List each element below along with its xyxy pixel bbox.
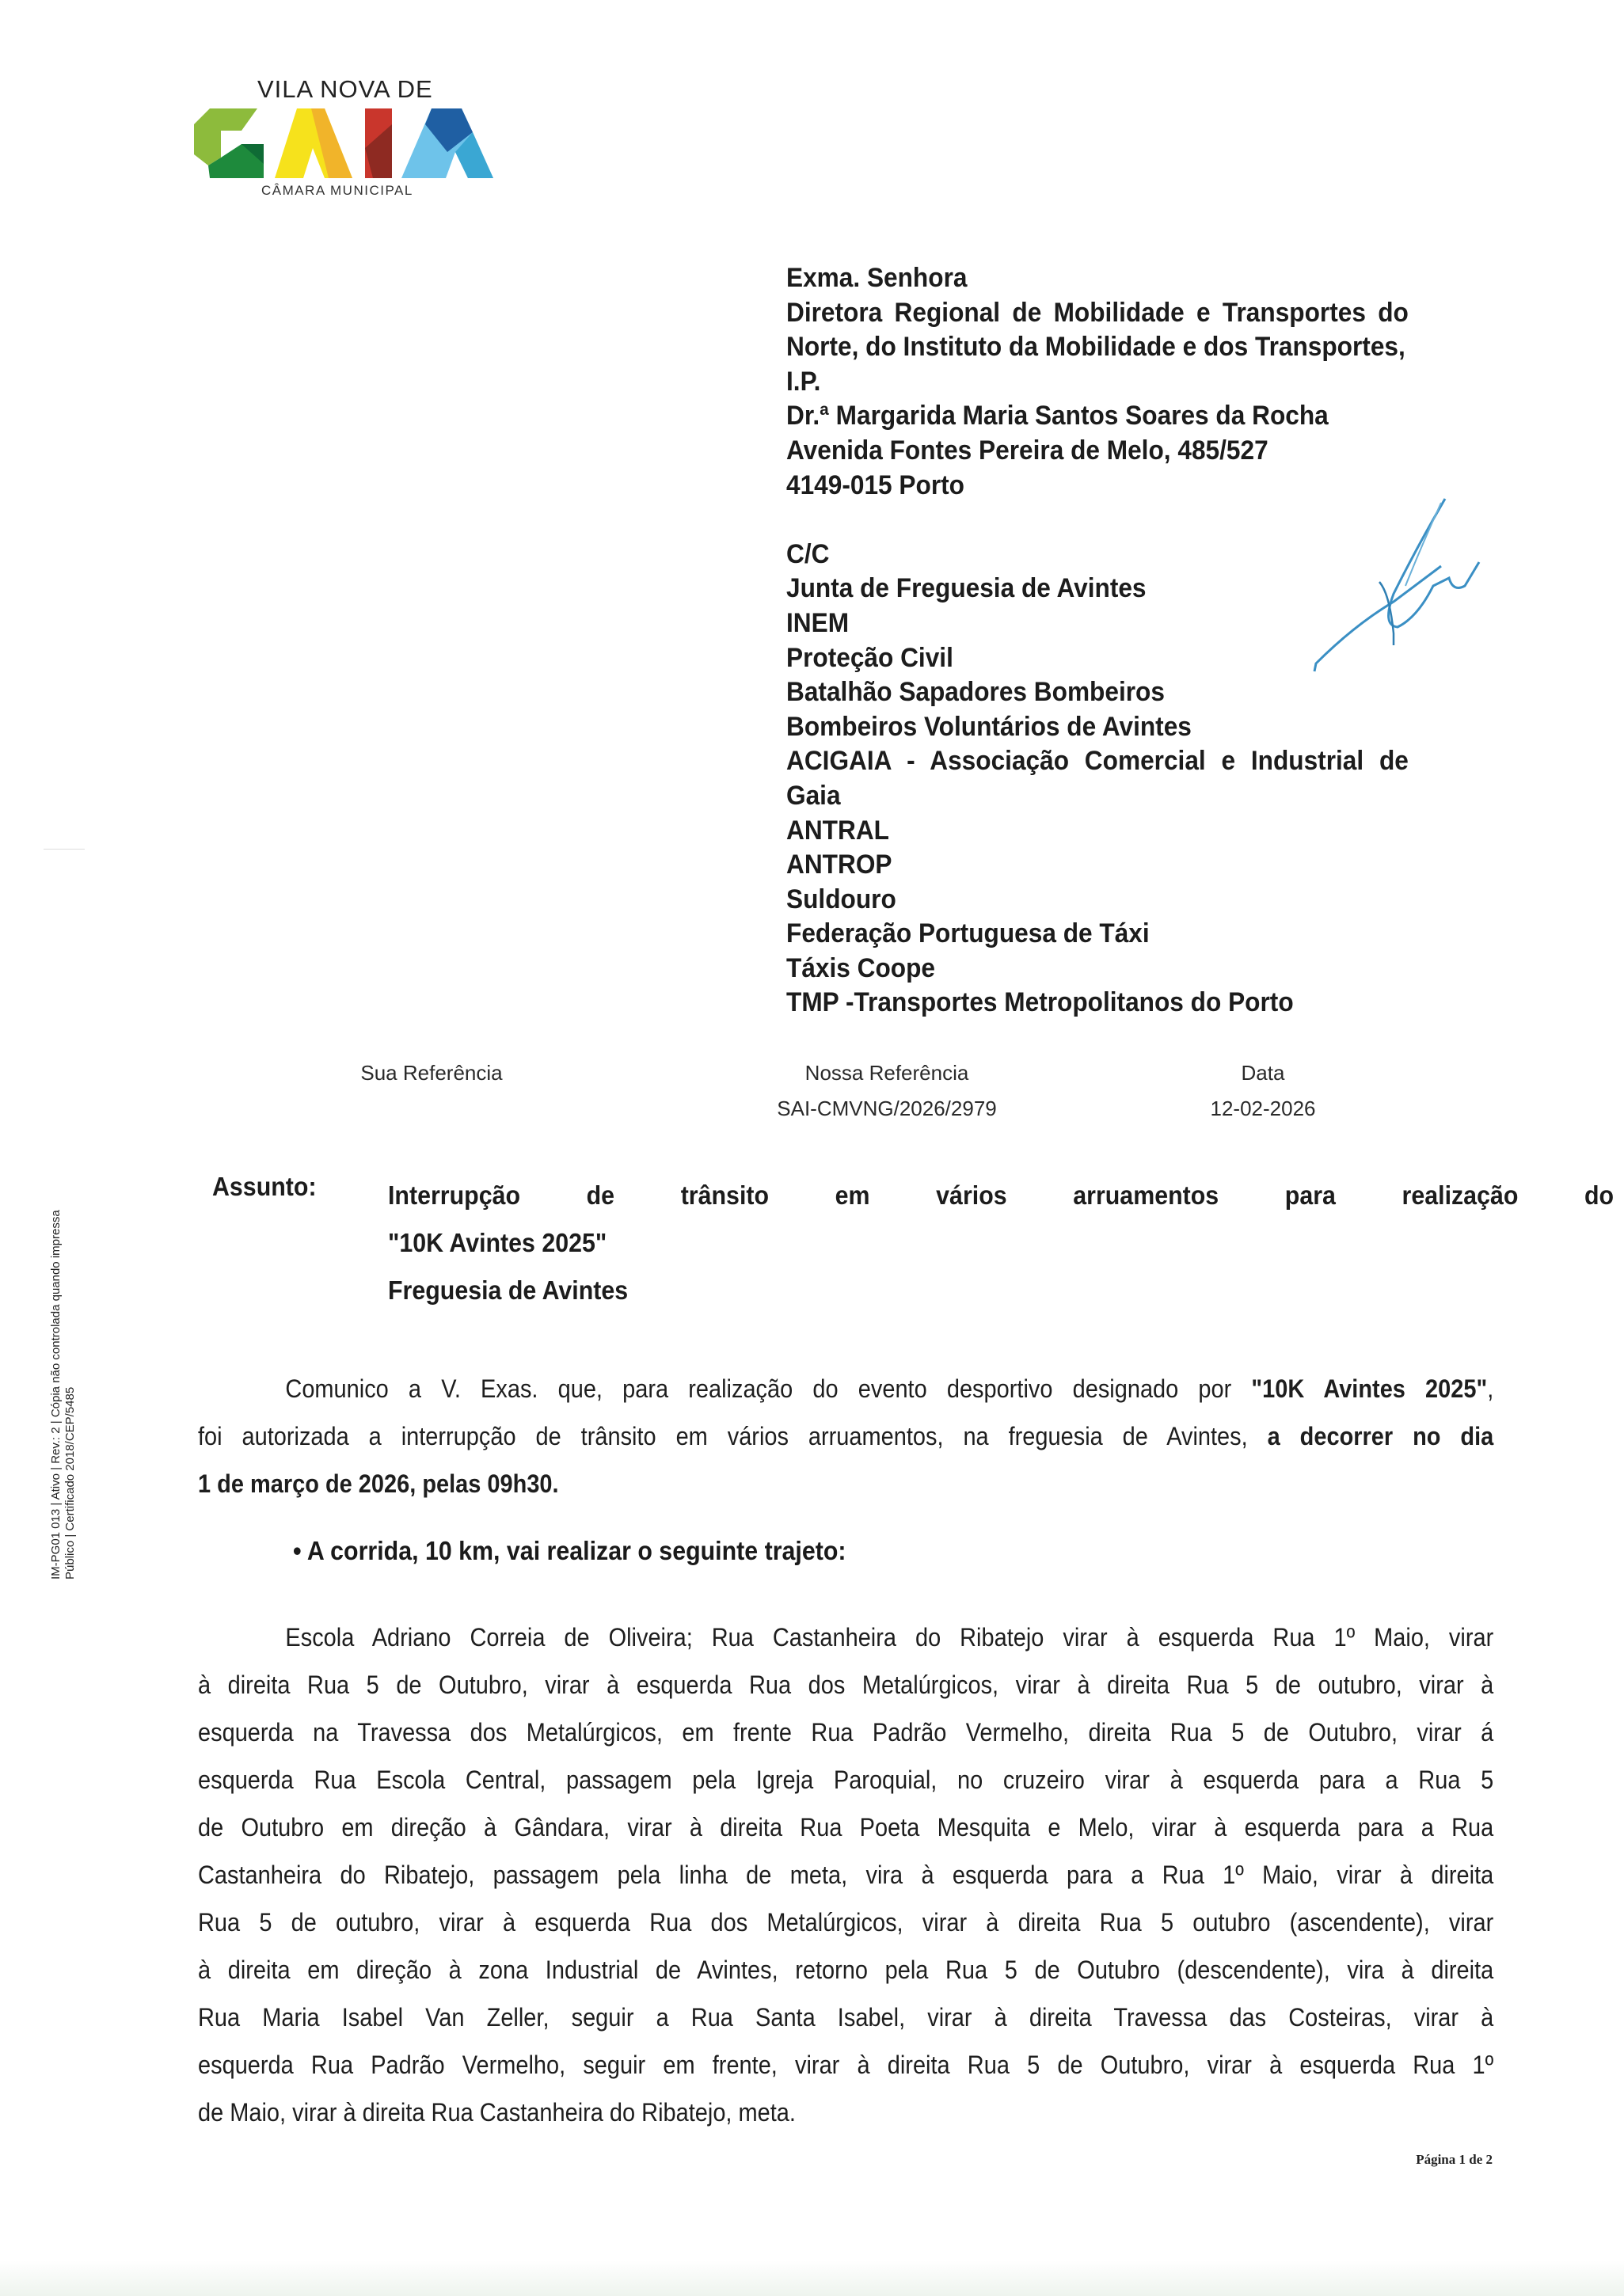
control-note-line1: IM-PG01 013 | Ativo | Rev.: 2 | Cópia nã…	[49, 1210, 63, 1579]
nossa-referencia-label: Nossa Referência	[713, 1061, 1061, 1097]
route-line: à direita Rua 5 de Outubro, virar à esqu…	[198, 1661, 1493, 1709]
signature-icon	[1283, 475, 1497, 673]
recipient-title-line1: Diretora Regional de Mobilidade e Transp…	[786, 296, 1409, 331]
recipient-title-line2: Norte, do Instituto da Mobilidade e dos …	[786, 330, 1413, 365]
cc-item: Táxis Coope	[786, 952, 1413, 986]
route-line: Castanheira do Ribatejo, passagem pela l…	[198, 1851, 1493, 1899]
data-value: 12-02-2026	[1172, 1097, 1354, 1121]
cc-item: ANTRAL	[786, 814, 1413, 849]
scan-mark	[44, 849, 85, 850]
logo-bottom-text: CÂMARA MUNICIPAL	[261, 183, 413, 199]
route-line: esquerda Rua Padrão Vermelho, seguir em …	[198, 2041, 1493, 2089]
sua-referencia: Sua Referência	[348, 1061, 515, 1097]
logo-top-text: VILA NOVA DE	[257, 75, 433, 104]
cc-item: Federação Portuguesa de Táxi	[786, 917, 1413, 952]
route-line: Rua 5 de outubro, virar à esquerda Rua d…	[198, 1899, 1493, 1946]
salutation: Exma. Senhora	[786, 261, 1413, 296]
route-line: de Maio, virar à direita Rua Castanheira…	[198, 2089, 1371, 2136]
nossa-referencia-value: SAI-CMVNG/2026/2979	[713, 1097, 1061, 1121]
event-date: 1 de março de 2026, pelas 09h30.	[198, 1469, 559, 1498]
route-line: esquerda na Travessa dos Metalúrgicos, e…	[198, 1709, 1493, 1756]
cc-item: ANTROP	[786, 848, 1413, 883]
data: Data 12-02-2026	[1172, 1061, 1354, 1121]
intro-paragraph: Comunico a V. Exas. que, para realização…	[198, 1365, 1493, 1507]
sua-referencia-label: Sua Referência	[348, 1061, 515, 1097]
cc-item: ACIGAIA - Associação Comercial e Industr…	[786, 744, 1409, 779]
nossa-referencia: Nossa Referência SAI-CMVNG/2026/2979	[713, 1061, 1061, 1121]
subject-line2: "10K Avintes 2025"	[388, 1219, 1583, 1267]
recipient-name: Dr.ª Margarida Maria Santos Soares da Ro…	[786, 399, 1413, 434]
recipient-title-line3: I.P.	[786, 365, 1413, 400]
cc-item: Bombeiros Voluntários de Avintes	[786, 710, 1413, 745]
route-bullet: • A corrida, 10 km, vai realizar o segui…	[293, 1536, 846, 1566]
route-line: esquerda Rua Escola Central, passagem pe…	[198, 1756, 1493, 1804]
document-control-note: IM-PG01 013 | Ativo | Rev.: 2 | Cópia nã…	[49, 1210, 78, 1579]
cc-item: TMP -Transportes Metropolitanos do Porto	[786, 986, 1413, 1021]
route-paragraph: Escola Adriano Correia de Oliveira; Rua …	[198, 1614, 1493, 2136]
route-line: à direita em direção à zona Industrial d…	[198, 1946, 1493, 1994]
cc-item: Batalhão Sapadores Bombeiros	[786, 675, 1413, 710]
control-note-line2: Público | Certificado 2018/CEP/5485	[63, 1210, 78, 1579]
route-line: Rua Maria Isabel Van Zeller, seguir a Ru…	[198, 1994, 1493, 2041]
subject-label: Assunto:	[212, 1172, 317, 1202]
subject-line1: Interrupção de trânsito em vários arruam…	[388, 1172, 1624, 1219]
event-name: "10K Avintes 2025"	[1251, 1374, 1487, 1403]
recipient-address: Avenida Fontes Pereira de Melo, 485/527	[786, 434, 1413, 469]
subject-line3: Freguesia de Avintes	[388, 1267, 1583, 1314]
route-line: de Outubro em direção à Gândara, virar à…	[198, 1804, 1493, 1851]
intro-text: Comunico a V. Exas. que, para realização…	[285, 1374, 1251, 1403]
intro-comma: ,	[1487, 1374, 1493, 1403]
intro-text: foi autorizada a interrupção de trânsito…	[198, 1422, 1268, 1450]
route-line: Escola Adriano Correia de Oliveira; Rua …	[198, 1614, 1493, 1661]
cc-item: Suldouro	[786, 883, 1413, 918]
page-number: Página 1 de 2	[1416, 2152, 1493, 2168]
event-date-lead: a decorrer no dia	[1268, 1422, 1494, 1450]
gaia-wordmark-icon	[194, 108, 495, 180]
municipality-logo: VILA NOVA DE CÂMARA MUNICIPAL	[194, 75, 495, 210]
page-edge	[0, 2260, 1624, 2296]
cc-item: Gaia	[786, 779, 1413, 814]
data-label: Data	[1172, 1061, 1354, 1097]
